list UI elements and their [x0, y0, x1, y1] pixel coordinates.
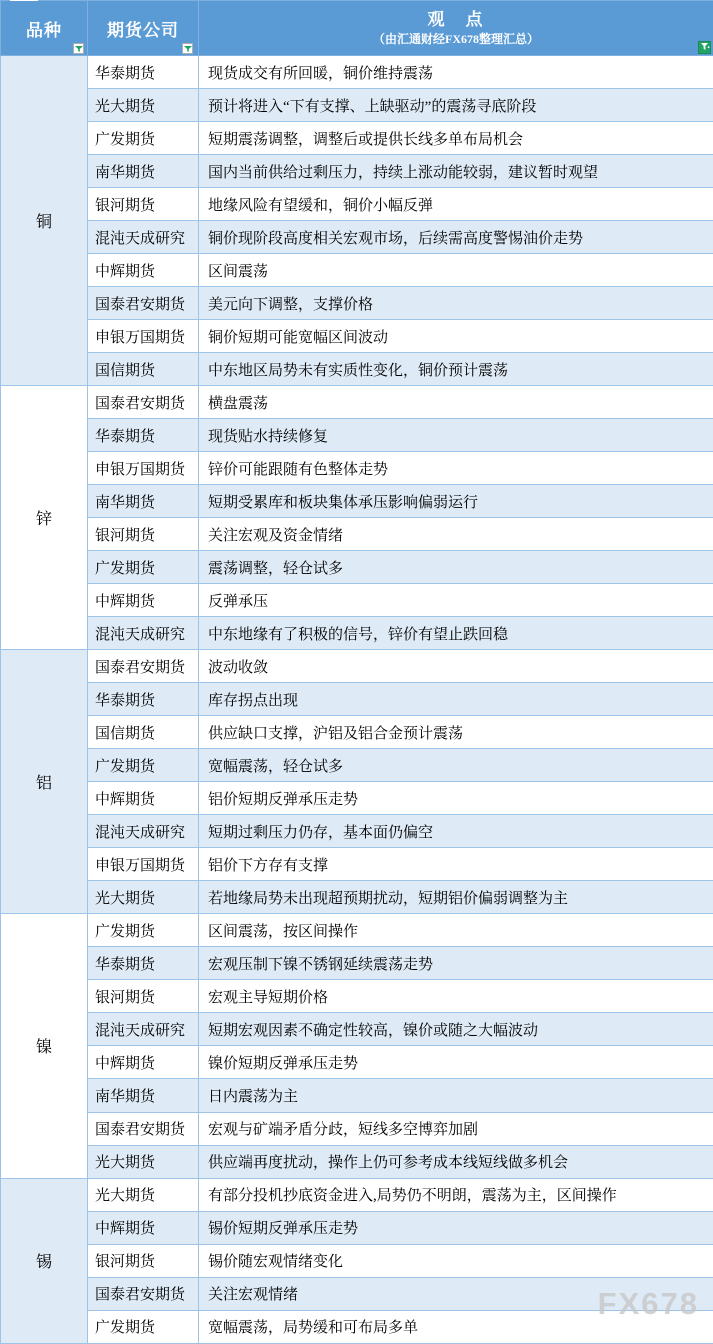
- table-row: 国信期货 供应缺口支撑，沪铝及铝合金预计震荡: [1, 716, 713, 749]
- table-row: 南华期货 日内震荡为主: [1, 1079, 713, 1112]
- view-cell: 横盘震荡: [199, 386, 713, 419]
- table-row: 申银万国期货 铜价短期可能宽幅区间波动: [1, 320, 713, 353]
- header-company: 期货公司: [88, 1, 199, 56]
- company-cell: 华泰期货: [88, 683, 199, 716]
- table-row: 南华期货 短期受累库和板块集体承压影响偏弱运行: [1, 485, 713, 518]
- company-cell: 华泰期货: [88, 419, 199, 452]
- view-cell: 宏观与矿端矛盾分歧，短线多空博弈加剧: [199, 1112, 713, 1145]
- company-cell: 中辉期货: [88, 1046, 199, 1079]
- company-filter-button[interactable]: [182, 43, 193, 54]
- table-row: 光大期货 预计将进入“下有支撑、上缺驱动”的震荡寻底阶段: [1, 89, 713, 122]
- header-company-label: 期货公司: [107, 21, 179, 40]
- metal-cell-nickel: 镍: [1, 914, 88, 1178]
- table-row: 混沌天成研究 铜价现阶段高度相关宏观市场，后续需高度警惕油价走势: [1, 221, 713, 254]
- view-cell: 区间震荡，按区间操作: [199, 914, 713, 947]
- filter-active-icon: [700, 40, 710, 55]
- view-cell: 短期过剩压力仍存，基本面仍偏空: [199, 815, 713, 848]
- table-row: 中辉期货 锡价短期反弹承压走势: [1, 1211, 713, 1244]
- company-cell: 国泰君安期货: [88, 1112, 199, 1145]
- view-cell: 区间震荡: [199, 254, 713, 287]
- view-cell: 日内震荡为主: [199, 1079, 713, 1112]
- table-row: 申银万国期货 锌价可能跟随有色整体走势: [1, 452, 713, 485]
- table-row: 广发期货 震荡调整，轻仓试多: [1, 551, 713, 584]
- company-cell: 混沌天成研究: [88, 815, 199, 848]
- view-cell: 锌价可能跟随有色整体走势: [199, 452, 713, 485]
- company-cell: 申银万国期货: [88, 320, 199, 353]
- view-cell: 铜价现阶段高度相关宏观市场，后续需高度警惕油价走势: [199, 221, 713, 254]
- view-cell: 供应缺口支撑，沪铝及铝合金预计震荡: [199, 716, 713, 749]
- header-variety: 品种: [1, 1, 88, 56]
- table-row: 光大期货 供应端再度扰动，操作上仍可参考成本线短线做多机会: [1, 1145, 713, 1178]
- metal-cell-tin: 锡: [1, 1178, 88, 1343]
- metal-cell-zinc: 锌: [1, 386, 88, 650]
- metal-cell-copper: 铜: [1, 56, 88, 386]
- company-cell: 国泰君安期货: [88, 1277, 199, 1310]
- view-cell: 铝价下方存有支撑: [199, 848, 713, 881]
- view-cell: 现货贴水持续修复: [199, 419, 713, 452]
- company-cell: 中辉期货: [88, 254, 199, 287]
- view-cell: 中东地区局势未有实质性变化，铜价预计震荡: [199, 353, 713, 386]
- company-cell: 广发期货: [88, 551, 199, 584]
- view-cell: 震荡调整，轻仓试多: [199, 551, 713, 584]
- company-cell: 国信期货: [88, 353, 199, 386]
- view-cell: 反弹承压: [199, 584, 713, 617]
- table-row: 银河期货 宏观主导短期价格: [1, 980, 713, 1013]
- view-cell: 供应端再度扰动，操作上仍可参考成本线短线做多机会: [199, 1145, 713, 1178]
- table-row: 国信期货 中东地区局势未有实质性变化，铜价预计震荡: [1, 353, 713, 386]
- table-row: 锡 光大期货 有部分投机抄底资金进入,局势仍不明朗，震荡为主，区间操作: [1, 1178, 713, 1211]
- company-cell: 中辉期货: [88, 584, 199, 617]
- table-row: 广发期货 短期震荡调整，调整后或提供长线多单布局机会: [1, 122, 713, 155]
- filter-dropdown-icon: [75, 41, 83, 56]
- company-cell: 光大期货: [88, 1145, 199, 1178]
- company-cell: 广发期货: [88, 122, 199, 155]
- view-cell: 波动收敛: [199, 650, 713, 683]
- company-cell: 中辉期货: [88, 1211, 199, 1244]
- variety-filter-button[interactable]: [73, 43, 84, 54]
- table-row: 中辉期货 铝价短期反弹承压走势: [1, 782, 713, 815]
- view-cell: 镍价短期反弹承压走势: [199, 1046, 713, 1079]
- view-cell: 短期受累库和板块集体承压影响偏弱运行: [199, 485, 713, 518]
- view-cell: 库存拐点出现: [199, 683, 713, 716]
- company-cell: 申银万国期货: [88, 848, 199, 881]
- view-cell: 国内当前供给过剩压力，持续上涨动能较弱，建议暂时观望: [199, 155, 713, 188]
- company-cell: 混沌天成研究: [88, 1013, 199, 1046]
- table-row: 中辉期货 区间震荡: [1, 254, 713, 287]
- header-view-title: 观 点: [199, 9, 713, 30]
- view-cell: 短期震荡调整，调整后或提供长线多单布局机会: [199, 122, 713, 155]
- company-cell: 银河期货: [88, 518, 199, 551]
- company-cell: 光大期货: [88, 1178, 199, 1211]
- table-row: 国泰君安期货 关注宏观情绪: [1, 1277, 713, 1310]
- table-row: 华泰期货 库存拐点出现: [1, 683, 713, 716]
- table-row: 南华期货 国内当前供给过剩压力，持续上涨动能较弱，建议暂时观望: [1, 155, 713, 188]
- view-cell: 中东地缘有了积极的信号，锌价有望止跌回稳: [199, 617, 713, 650]
- view-cell: 地缘风险有望缓和，铜价小幅反弹: [199, 188, 713, 221]
- company-cell: 南华期货: [88, 155, 199, 188]
- table-row: 锌 国泰君安期货 横盘震荡: [1, 386, 713, 419]
- company-cell: 混沌天成研究: [88, 617, 199, 650]
- table-row: 中辉期货 镍价短期反弹承压走势: [1, 1046, 713, 1079]
- view-cell: 现货成交有所回暖，铜价维持震荡: [199, 56, 713, 89]
- company-cell: 中辉期货: [88, 782, 199, 815]
- table-row: 银河期货 地缘风险有望缓和，铜价小幅反弹: [1, 188, 713, 221]
- view-cell: 有部分投机抄底资金进入,局势仍不明朗，震荡为主，区间操作: [199, 1178, 713, 1211]
- filter-dropdown-icon: [184, 41, 192, 56]
- company-cell: 混沌天成研究: [88, 221, 199, 254]
- opinions-table: 品种 期货公司 观 点 （由汇通财经FX678整理汇总）: [0, 0, 713, 1344]
- view-cell: 锡价随宏观情绪变化: [199, 1244, 713, 1277]
- table-row: 国泰君安期货 美元向下调整，支撑价格: [1, 287, 713, 320]
- table-row: 广发期货 宽幅震荡，轻仓试多: [1, 749, 713, 782]
- table-row: 国泰君安期货 宏观与矿端矛盾分歧，短线多空博弈加剧: [1, 1112, 713, 1145]
- company-cell: 南华期货: [88, 1079, 199, 1112]
- company-cell: 南华期货: [88, 485, 199, 518]
- company-cell: 申银万国期货: [88, 452, 199, 485]
- table-row: 银河期货 锡价随宏观情绪变化: [1, 1244, 713, 1277]
- header-row: 品种 期货公司 观 点 （由汇通财经FX678整理汇总）: [1, 1, 713, 56]
- table-row: 铝 国泰君安期货 波动收敛: [1, 650, 713, 683]
- metal-cell-aluminum: 铝: [1, 650, 88, 914]
- table-row: 铜 华泰期货 现货成交有所回暖，铜价维持震荡: [1, 56, 713, 89]
- company-cell: 国泰君安期货: [88, 287, 199, 320]
- company-cell: 广发期货: [88, 749, 199, 782]
- header-view-subtitle: （由汇通财经FX678整理汇总）: [199, 32, 713, 47]
- company-cell: 银河期货: [88, 1244, 199, 1277]
- view-cell: 铝价短期反弹承压走势: [199, 782, 713, 815]
- company-cell: 华泰期货: [88, 56, 199, 89]
- view-cell: 关注宏观及资金情绪: [199, 518, 713, 551]
- company-cell: 华泰期货: [88, 947, 199, 980]
- view-cell: 锡价短期反弹承压走势: [199, 1211, 713, 1244]
- view-cell: 关注宏观情绪: [199, 1277, 713, 1310]
- company-cell: 银河期货: [88, 980, 199, 1013]
- table-row: 镍 广发期货 区间震荡，按区间操作: [1, 914, 713, 947]
- table-row: 银河期货 关注宏观及资金情绪: [1, 518, 713, 551]
- view-cell: 预计将进入“下有支撑、上缺驱动”的震荡寻底阶段: [199, 89, 713, 122]
- company-cell: 银河期货: [88, 188, 199, 221]
- company-cell: 国泰君安期货: [88, 386, 199, 419]
- company-cell: 国泰君安期货: [88, 650, 199, 683]
- table-row: 混沌天成研究 短期过剩压力仍存，基本面仍偏空: [1, 815, 713, 848]
- table-row: 广发期货 宽幅震荡，局势缓和可布局多单: [1, 1310, 713, 1343]
- header-view-block: 观 点 （由汇通财经FX678整理汇总）: [199, 9, 713, 47]
- view-cell: 短期宏观因素不确定性较高，镍价或随之大幅波动: [199, 1013, 713, 1046]
- company-cell: 国信期货: [88, 716, 199, 749]
- view-cell: 宏观压制下镍不锈钢延续震荡走势: [199, 947, 713, 980]
- header-view: 观 点 （由汇通财经FX678整理汇总）: [199, 1, 713, 56]
- table-row: 申银万国期货 铝价下方存有支撑: [1, 848, 713, 881]
- table-row: 华泰期货 宏观压制下镍不锈钢延续震荡走势: [1, 947, 713, 980]
- company-cell: 广发期货: [88, 1310, 199, 1343]
- company-cell: 光大期货: [88, 89, 199, 122]
- table-row: 光大期货 若地缘局势未出现超预期扰动，短期铝价偏弱调整为主: [1, 881, 713, 914]
- table-row: 中辉期货 反弹承压: [1, 584, 713, 617]
- view-cell: 宏观主导短期价格: [199, 980, 713, 1013]
- table-row: 混沌天成研究 中东地缘有了积极的信号，锌价有望止跌回稳: [1, 617, 713, 650]
- view-cell: 铜价短期可能宽幅区间波动: [199, 320, 713, 353]
- view-filter-button[interactable]: [698, 41, 711, 54]
- view-cell: 宽幅震荡，局势缓和可布局多单: [199, 1310, 713, 1343]
- table-row: 混沌天成研究 短期宏观因素不确定性较高，镍价或随之大幅波动: [1, 1013, 713, 1046]
- view-cell: 若地缘局势未出现超预期扰动，短期铝价偏弱调整为主: [199, 881, 713, 914]
- company-cell: 广发期货: [88, 914, 199, 947]
- header-variety-label: 品种: [26, 21, 62, 40]
- view-cell: 美元向下调整，支撑价格: [199, 287, 713, 320]
- table-row: 华泰期货 现货贴水持续修复: [1, 419, 713, 452]
- view-cell: 宽幅震荡，轻仓试多: [199, 749, 713, 782]
- company-cell: 光大期货: [88, 881, 199, 914]
